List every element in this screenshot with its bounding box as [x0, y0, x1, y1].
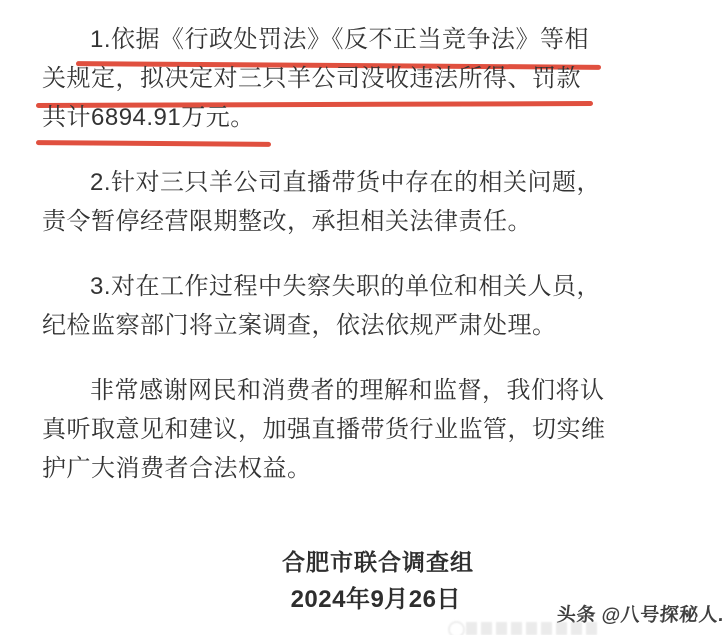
statement-line: 真听取意见和建议，加强直播带货行业监管，切实维	[42, 410, 602, 449]
paragraph-accountability: 3.对在工作过程中失察失职的单位和相关人员， 纪检监察部门将立案调查，依法依规严…	[42, 267, 602, 345]
paragraph-closing-thanks: 非常感谢网民和消费者的理解和监督，我们将认 真听取意见和建议，加强直播带货行业监…	[42, 371, 602, 488]
paragraph-business-suspension: 2.针对三只羊公司直播带货中存在的相关问题， 责令暂停经营限期整改，承担相关法律…	[42, 163, 602, 241]
statement-text: 非常感谢网民和消费者的理解和监督，我们将认	[90, 377, 605, 404]
statement-text: 共计6894.91万元。	[42, 104, 255, 131]
statement-text: 2.针对三只羊公司直播带货中存在的相关问题，	[90, 169, 601, 196]
statement-text: 责令暂停经营限期整改，承担相关法律责任。	[42, 208, 532, 235]
statement-line: 1.依据《行政处罚法》《反不正当竞争法》等相	[42, 20, 602, 59]
faint-watermark	[466, 622, 600, 635]
statement-line: 责令暂停经营限期整改，承担相关法律责任。	[42, 202, 602, 241]
statement-text: 1.依据《行政处罚法》《反不正当竞争法》等相	[90, 26, 589, 53]
statement-line: 关规定，拟决定对三只羊公司没收违法所得、罚款	[42, 59, 602, 98]
statement-line: 纪检监察部门将立案调查，依法依规严肃处理。	[42, 306, 602, 345]
red-underline	[36, 140, 271, 147]
statement-line: 护广大消费者合法权益。	[42, 449, 602, 488]
statement-text: 护广大消费者合法权益。	[42, 455, 312, 482]
statement-line: 3.对在工作过程中失察失职的单位和相关人员，	[42, 267, 602, 306]
announcement-screenshot: 1.依据《行政处罚法》《反不正当竞争法》等相 关规定，拟决定对三只羊公司没收违法…	[0, 0, 728, 635]
announcement-body: 1.依据《行政处罚法》《反不正当竞争法》等相 关规定，拟决定对三只羊公司没收违法…	[42, 20, 602, 615]
statement-text: 纪检监察部门将立案调查，依法依规严肃处理。	[42, 312, 557, 339]
statement-line: 非常感谢网民和消费者的理解和监督，我们将认	[42, 371, 602, 410]
paragraph-penalty-decision: 1.依据《行政处罚法》《反不正当竞争法》等相 关规定，拟决定对三只羊公司没收违法…	[42, 20, 602, 137]
statement-text: 3.对在工作过程中失察失职的单位和相关人员，	[90, 273, 601, 300]
signature-block: 合肥市联合调查组 2024年9月26日	[42, 547, 602, 615]
statement-line: 2.针对三只羊公司直播带货中存在的相关问题，	[42, 163, 602, 202]
signature-issuer: 合肥市联合调查组	[42, 547, 602, 577]
signature-date: 2024年9月26日	[42, 585, 602, 615]
statement-text: 真听取意见和建议，加强直播带货行业监管，切实维	[42, 416, 606, 443]
statement-text: 关规定，拟决定对三只羊公司没收违法所得、罚款	[42, 65, 581, 92]
